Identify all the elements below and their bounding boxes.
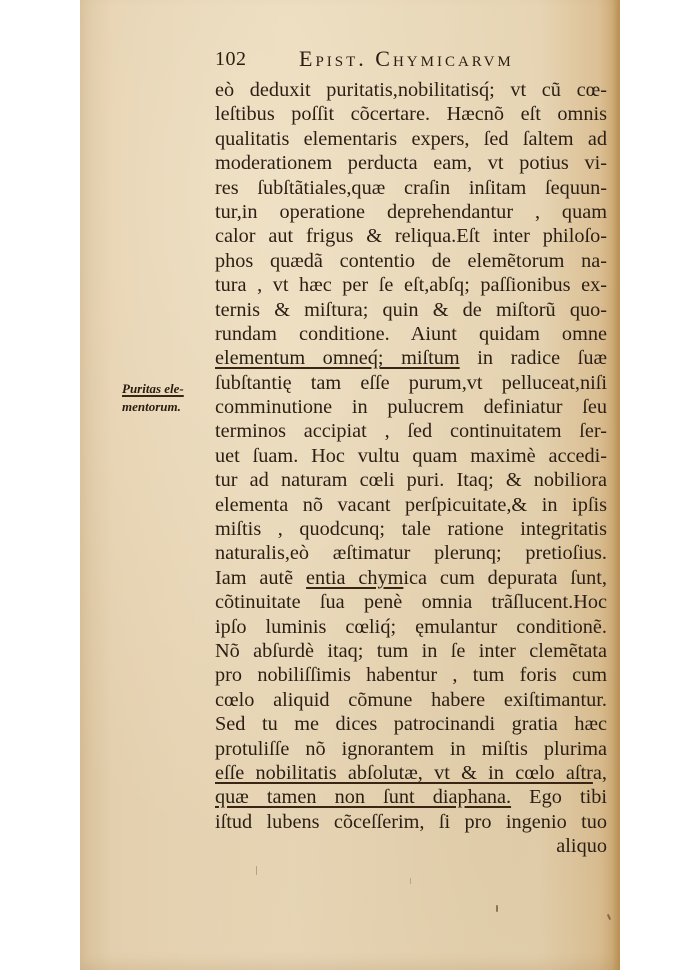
text-line: cœlo aliquid cõmune habere exiſtimantur. — [215, 688, 607, 712]
text-line: elementum omneq́; miſtum in radice ſuæ — [215, 346, 607, 370]
text-line: phos quædã contentio de elemẽtorum na- — [215, 249, 607, 273]
underlined-passage: elementum omneq́; miſtum — [215, 347, 460, 369]
text-segment: Ego tibi — [511, 786, 607, 808]
running-title: Epist. Chymicarvm — [299, 46, 514, 72]
text-segment: in radice ſuæ — [460, 347, 607, 369]
text-line: protuliſſe nõ ignorantem in miſtis pluri… — [215, 737, 607, 761]
text-line: Iam autẽ entia chymica cum depurata ſunt… — [215, 566, 607, 590]
text-line: cõtinuitate ſua penè omnia trãſlucent.Ho… — [215, 590, 607, 614]
margin-note-line-2: mentorum. — [122, 398, 212, 416]
text-line: tura , vt hæc per ſe eſt,abſq; paſſionib… — [215, 273, 607, 297]
text-line: quæ tamen non ſunt diaphana. Ego tibi — [215, 785, 607, 809]
underlined-passage: entia chym — [306, 567, 403, 589]
text-segment: ica cum depurata ſunt, — [403, 567, 607, 589]
text-segment: Iam autẽ — [215, 567, 306, 589]
text-line: tur,in operatione deprehendantur , quam — [215, 200, 607, 224]
paper-speck — [256, 866, 257, 875]
margin-note-line-1: Puritas ele- — [122, 381, 184, 396]
text-line: leſtibus poſſit cõcertare. Hæcnõ eſt omn… — [215, 102, 607, 126]
underlined-passage: eſſe nobilitatis abſolutæ, vt & in cœlo … — [215, 762, 593, 784]
text-line: eſſe nobilitatis abſolutæ, vt & in cœlo … — [215, 761, 607, 785]
text-line: ternis & miſtura; quin & de miſtorũ quo- — [215, 298, 607, 322]
text-line: elementa nõ vacant perſpicuitate,& in ip… — [215, 493, 607, 517]
page-number: 102 — [215, 48, 247, 71]
catchword: aliquo — [215, 834, 607, 858]
text-line: iſtud lubens cõceſſerim, ſi pro ingenio … — [215, 810, 607, 834]
paper-speck — [410, 878, 411, 884]
text-line: tur ad naturam cœli puri. Itaq; & nobili… — [215, 468, 607, 492]
text-line: res ſubſtãtiales,quæ craſin inſitam ſequ… — [215, 176, 607, 200]
text-line: ſubſtantię tam eſſe purum,vt pelluceat,n… — [215, 371, 607, 395]
text-line: pro nobiliſſimis habentur , tum foris cu… — [215, 663, 607, 687]
text-line: ipſo luminis cœliq́; ęmulantur condition… — [215, 615, 607, 639]
paper-speck — [496, 905, 498, 912]
text-line: calor aut frigus & reliqua.Eſt inter phi… — [215, 224, 607, 248]
text-line: naturalis,eò æſtimatur plerunq; pretioſi… — [215, 541, 607, 565]
text-line: uet ſuam. Hoc vultu quam maximè accedi- — [215, 444, 607, 468]
text-line: comminutione in pulucrem definiatur ſeu — [215, 395, 607, 419]
text-line: terminos accipiat , ſed continuitatem ſe… — [215, 419, 607, 443]
underlined-passage: quæ tamen non ſunt diaphana. — [215, 786, 511, 808]
paper-speck — [607, 914, 611, 920]
body-text: eò deduxit puritatis,nobilitatisq́; vt c… — [215, 78, 607, 859]
margin-note: Puritas ele- mentorum. — [122, 380, 212, 416]
page-header: 102 Epist. Chymicarvm — [215, 46, 615, 74]
text-line: miſtis , quodcunq; tale ratione integrit… — [215, 517, 607, 541]
text-segment: a, — [593, 762, 607, 784]
text-line: qualitatis elementaris expers, ſed ſalte… — [215, 127, 607, 151]
text-line: Sed tu me dices patrocinandi gratia hæc — [215, 712, 607, 736]
text-line: Nõ abſurdè itaq; tum in ſe inter clemẽta… — [215, 639, 607, 663]
text-line: moderationem perducta eam, vt potius vi- — [215, 151, 607, 175]
text-line: eò deduxit puritatis,nobilitatisq́; vt c… — [215, 78, 607, 102]
book-page: 102 Epist. Chymicarvm Puritas ele- mento… — [80, 0, 620, 970]
text-line: rundam conditione. Aiunt quidam omne — [215, 322, 607, 346]
